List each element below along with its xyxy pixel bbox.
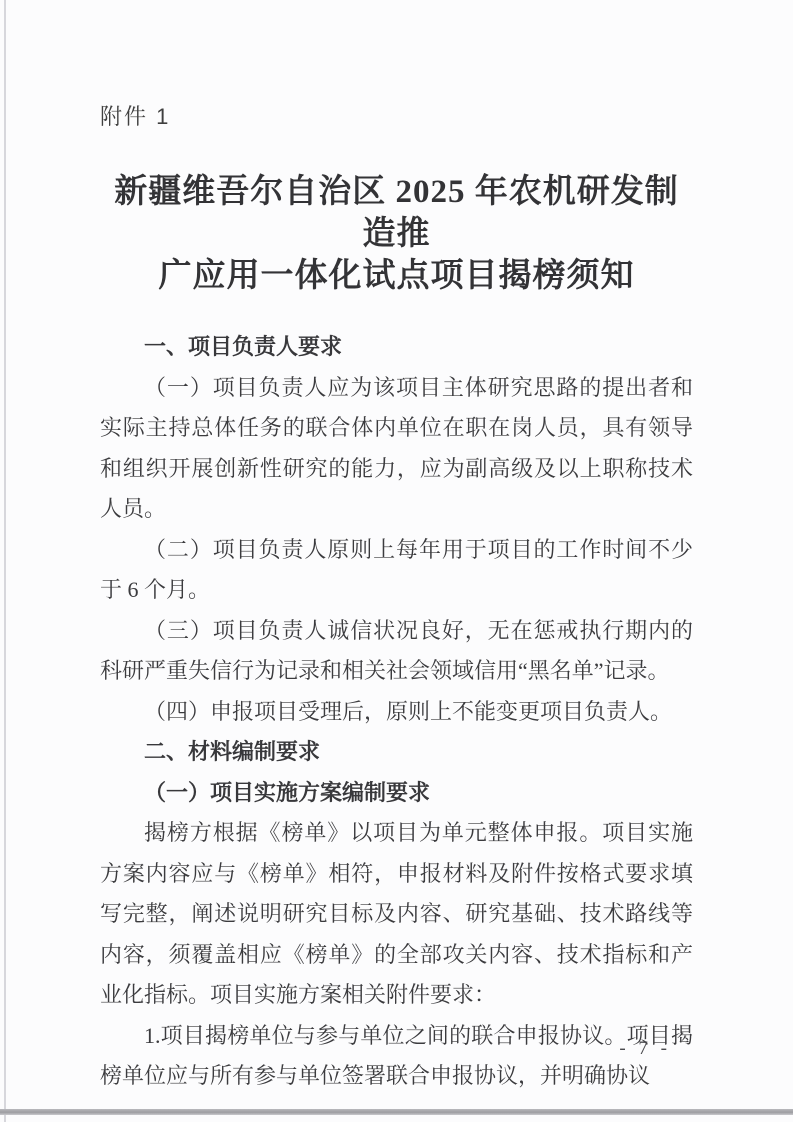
document-title-line-2: 广应用一体化试点项目揭榜须知 [100,255,693,297]
paragraph-1-4: （四）申报项目受理后，原则上不能变更项目负责人。 [100,692,693,733]
document-title: 新疆维吾尔自治区 2025 年农机研发制造推 广应用一体化试点项目揭榜须知 [100,171,693,297]
paragraph-2-2: 1.项目揭榜单位与参与单位之间的联合申报协议。项目揭榜单位应与所有参与单位签署联… [100,1016,693,1097]
paragraph-1-2: （二）项目负责人原则上每年用于项目的工作时间不少于 6 个月。 [100,530,693,611]
paragraph-1-1: （一）项目负责人应为该项目主体研究思路的提出者和实际主持总体任务的联合体内单位在… [100,368,693,530]
attachment-label: 附件 1 [100,100,693,131]
sub-heading-2-1: （一）项目实施方案编制要求 [100,773,693,814]
page-content: 附件 1 新疆维吾尔自治区 2025 年农机研发制造推 广应用一体化试点项目揭榜… [100,0,693,1097]
paragraph-2-1: 揭榜方根据《榜单》以项目为单元整体申报。项目实施方案内容应与《榜单》相符，申报材… [100,813,693,1016]
paragraph-1-3: （三）项目负责人诚信状况良好，无在惩戒执行期内的科研严重失信行为记录和相关社会领… [100,611,693,692]
document-body: 一、项目负责人要求 （一）项目负责人应为该项目主体研究思路的提出者和实际主持总体… [100,327,693,1097]
section-heading-2: 二、材料编制要求 [100,732,693,773]
scan-edge-bottom [0,1109,793,1115]
document-title-line-1: 新疆维吾尔自治区 2025 年农机研发制造推 [100,171,693,255]
page-number: - 7 - [619,1038,671,1060]
scanned-document-page: 附件 1 新疆维吾尔自治区 2025 年农机研发制造推 广应用一体化试点项目揭榜… [0,0,793,1122]
section-heading-1: 一、项目负责人要求 [100,327,693,368]
scan-edge-left [4,0,6,1122]
